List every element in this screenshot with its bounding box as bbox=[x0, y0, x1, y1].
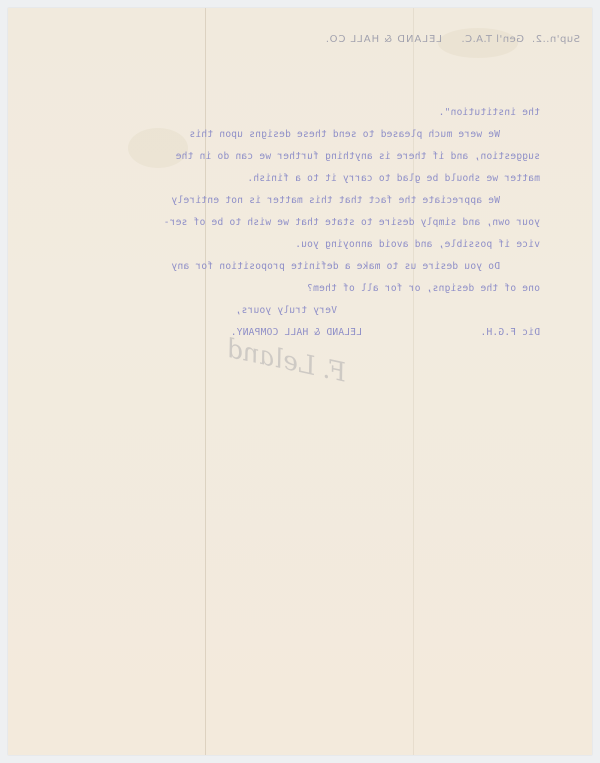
body-line: suggestion, and if there is anything fur… bbox=[175, 151, 540, 162]
company-name: LELAND & HALL COMPANY. bbox=[231, 327, 362, 338]
recipient-ref: Gen'l T.A.C. bbox=[461, 34, 524, 45]
body-line: We were much pleased to send these desig… bbox=[189, 129, 500, 140]
letterhead: LELAND & HALL CO. bbox=[325, 34, 442, 45]
body-line: Do you desire us to make a definite prop… bbox=[171, 261, 500, 272]
body-line: your own, and simply desire to state tha… bbox=[164, 217, 540, 228]
handwritten-signature: F. Leland bbox=[223, 334, 349, 389]
mirrored-text-layer: Sup'n..2. Gen'l T.A.C. LELAND & HALL CO.… bbox=[8, 8, 592, 755]
complimentary-close: Very truly yours, bbox=[235, 305, 337, 316]
letter-page: Sup'n..2. Gen'l T.A.C. LELAND & HALL CO.… bbox=[8, 8, 592, 755]
dictation-initials: Dic F.G.H. bbox=[480, 327, 540, 338]
body-line: the institution". bbox=[438, 107, 540, 118]
body-line: matter we should be glad to carry it to … bbox=[247, 173, 540, 184]
body-line: one of the designs, or for all of them? bbox=[307, 283, 540, 294]
page-ref: Sup'n..2. bbox=[531, 34, 580, 45]
body-line: vice if possible, and avoid annoying you… bbox=[295, 239, 540, 250]
body-line: We appreciate the fact that this matter … bbox=[171, 195, 500, 206]
